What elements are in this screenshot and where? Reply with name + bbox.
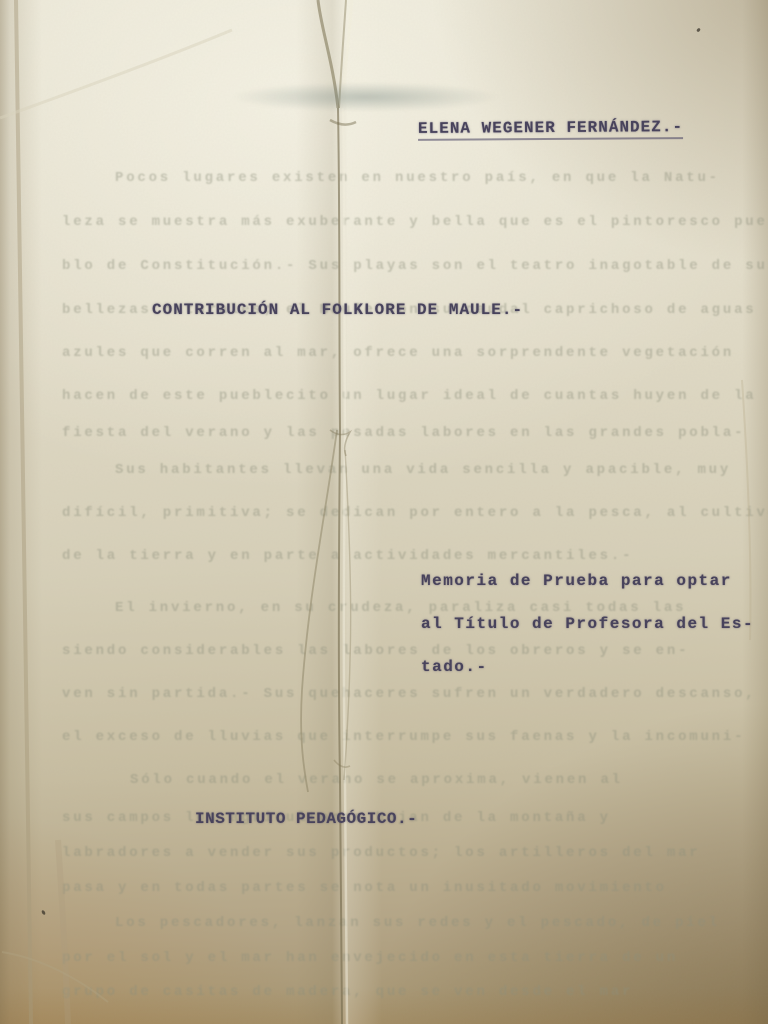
paper-creases-overlay [0,0,768,1024]
center-crease-shadow [296,0,382,1024]
bleed-through-line: Sus habitantes llevan una vida sencilla … [115,462,731,478]
bleed-through-line: por el sol y el mar han envejecido en es… [62,950,678,966]
bleed-through-line: blo de Constitución.- Sus playas son el … [62,258,768,274]
bleed-through-line: difícil, primitiva; se dedican por enter… [62,505,768,521]
bleed-through-line: Pocos lugares existen en nuestro país, e… [115,170,720,186]
bleed-through-line: leza se muestra más exuberante y bella q… [62,214,768,230]
thesis-purpose-note: Memoria de Prueba para optar al Título d… [421,560,761,689]
paper-speck [41,910,46,916]
erased-text-smudge [222,80,508,114]
thesis-note-line-2: al Título de Profesora del Es- [421,603,761,646]
institution-name: INSTITUTO PEDAGÓGICO.- [195,810,417,828]
document-page-photo: Pocos lugares existen en nuestro país, e… [0,0,768,1024]
bleed-through-line: el exceso de lluvias que interrumpe sus … [62,729,745,745]
bleed-through-line: Sólo cuando el verano se aproxima, viene… [130,772,623,788]
bleed-through-line: azules que corren al mar, ofrece una sor… [62,345,734,361]
bleed-through-line: grupo de casitas de madera, que se ven d… [62,984,633,1000]
thesis-note-line-3: tado.- [421,646,761,689]
bleed-through-line: Los pescadores, lanzan sus redes y el pe… [115,915,720,931]
author-name: ELENA WEGENER FERNÁNDEZ.- [418,118,683,141]
document-title: CONTRIBUCIÓN AL FOLKLORE DE MAULE.- [152,301,523,319]
paper-speck [696,28,701,33]
bleed-through-layer: Pocos lugares existen en nuestro país, e… [0,0,768,1024]
bleed-through-line: pasa y en todas partes se nota un inusit… [62,880,667,896]
bleed-through-line: fiesta del verano y las pesadas labores … [62,425,745,441]
bleed-through-line: labradores a vender sus productos; los a… [62,845,700,861]
bleed-through-line: hacen de este pueblecito un lugar ideal … [62,388,756,404]
paper-grain-texture [0,0,768,1024]
thesis-note-line-1: Memoria de Prueba para optar [421,560,761,603]
